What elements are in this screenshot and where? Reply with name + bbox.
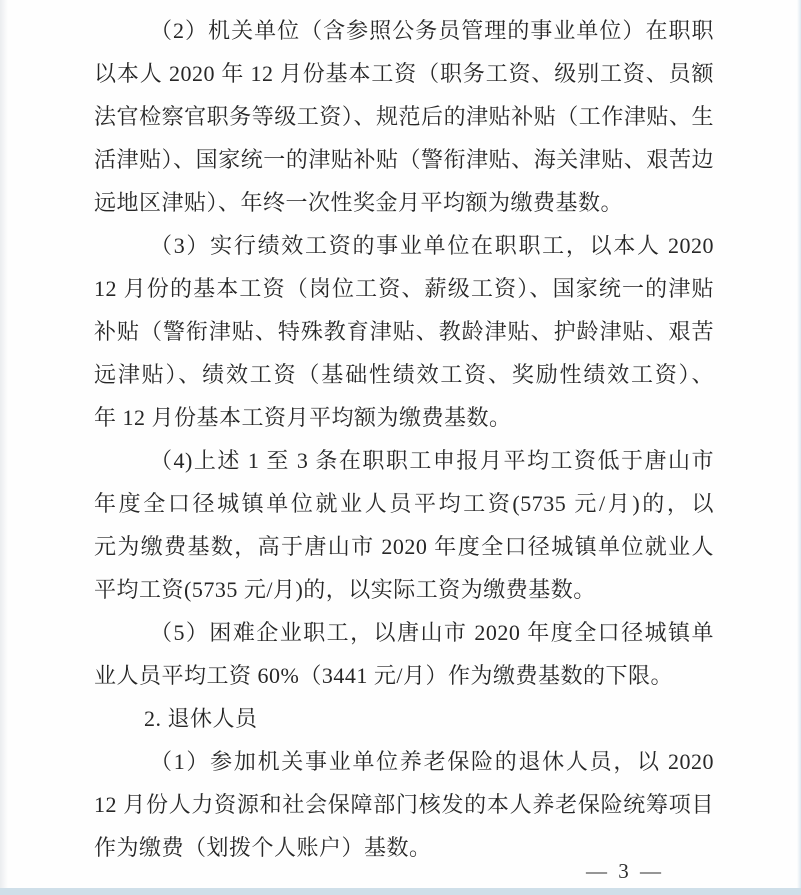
text-line: 年 12 月份基本工资月平均额为缴费基数。 [94,396,714,439]
document-body: （2）机关单位（含参照公务员管理的事业单位）在职职工， 以本人 2020 年 1… [94,9,714,869]
text-line: 年度全口径城镇单位就业人员平均工资(5735 元/月)的，以 5735 [94,482,714,525]
text-line: 12 月份的基本工资（岗位工资、薪级工资）、国家统一的津贴 [94,267,714,310]
section-heading-retirees: 2. 退休人员 [94,697,714,740]
text-line: 以本人 2020 年 12 月份基本工资（职务工资、级别工资、员额内 [94,52,714,95]
document-page: （2）机关单位（含参照公务员管理的事业单位）在职职工， 以本人 2020 年 1… [0,0,801,895]
paragraph-distressed-enterprises: （5）困难企业职工，以唐山市 2020 年度全口径城镇单位就 业人员平均工资 6… [94,611,714,697]
text-line: 业人员平均工资 60%（3441 元/月）作为缴费基数的下限。 [94,654,714,697]
text-line: （5）困难企业职工，以唐山市 2020 年度全口径城镇单位就 [94,611,714,654]
text-line: 法官检察官职务等级工资）、规范后的津贴补贴（工作津贴、生 [94,95,714,138]
scan-left-edge [0,0,8,895]
text-line: 远津贴）、绩效工资（基础性绩效工资、奖励性绩效工资）、2019 [94,353,714,396]
text-line: 平均工资(5735 元/月)的，以实际工资为缴费基数。 [94,568,714,611]
text-line: （3）实行绩效工资的事业单位在职职工，以本人 2020 年 [94,224,714,267]
text-line: 元为缴费基数，高于唐山市 2020 年度全口径城镇单位就业人员 [94,525,714,568]
text-line: 远地区津贴）、年终一次性奖金月平均额为缴费基数。 [94,181,714,224]
scan-right-edge [797,0,801,895]
page-number: — 3 — [586,859,664,884]
scan-bottom-edge [0,888,801,895]
paragraph-performance-pay-units: （3）实行绩效工资的事业单位在职职工，以本人 2020 年 12 月份的基本工资… [94,224,714,439]
paragraph-employees-gov-units: （2）机关单位（含参照公务员管理的事业单位）在职职工， 以本人 2020 年 1… [94,9,714,224]
text-line: （4)上述 1 至 3 条在职职工申报月平均工资低于唐山市 2020 [94,439,714,482]
text-line: （2）机关单位（含参照公务员管理的事业单位）在职职工， [94,9,714,52]
paragraph-retirees-pension: （1）参加机关事业单位养老保险的退休人员，以 2020 年 12 月份人力资源和… [94,740,714,869]
text-line: 12 月份人力资源和社会保障部门核发的本人养老保险统筹项目 [94,783,714,826]
text-line: （1）参加机关事业单位养老保险的退休人员，以 2020 年 [94,740,714,783]
paragraph-average-wage-rule: （4)上述 1 至 3 条在职职工申报月平均工资低于唐山市 2020 年度全口径… [94,439,714,611]
section-heading-text: 2. 退休人员 [94,697,714,740]
text-line: 补贴（警衔津贴、特殊教育津贴、教龄津贴、护龄津贴、艰苦边 [94,310,714,353]
text-line: 活津贴）、国家统一的津贴补贴（警衔津贴、海关津贴、艰苦边 [94,138,714,181]
